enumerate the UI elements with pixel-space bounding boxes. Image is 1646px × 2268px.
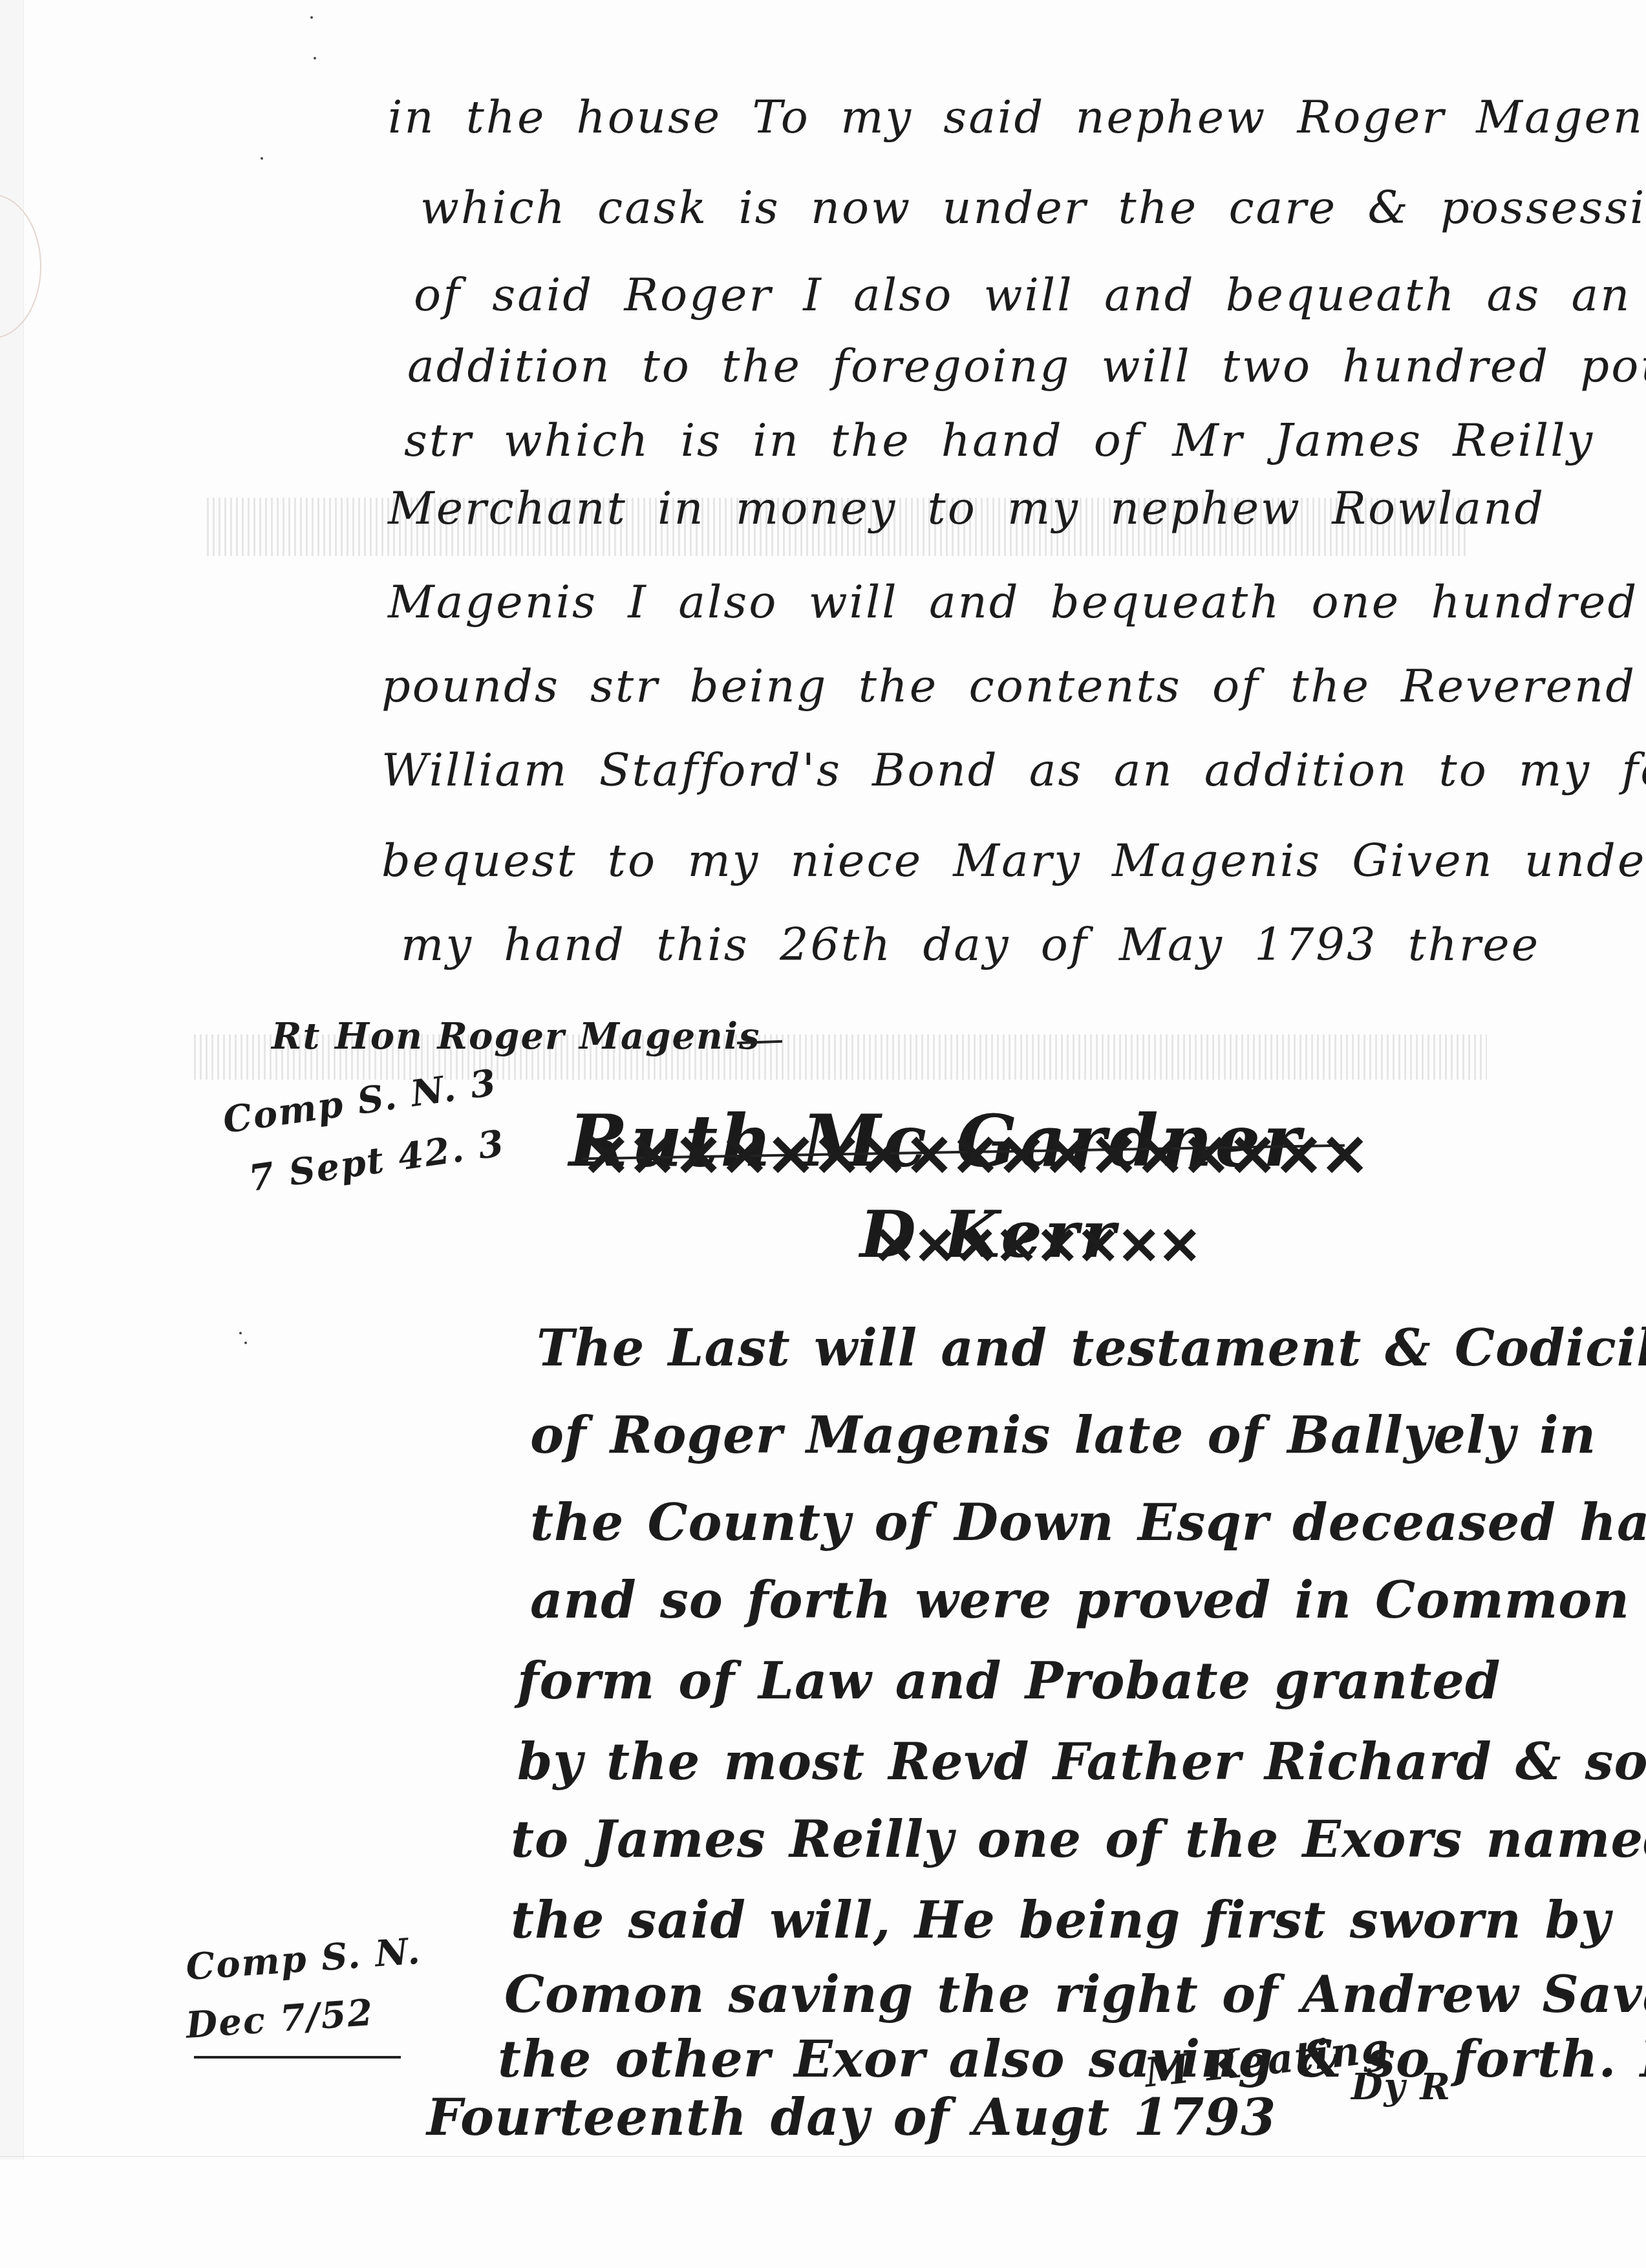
- speck: [239, 1332, 242, 1334]
- probate-line-7: to James Reilly one of the Exors named i…: [511, 1810, 1646, 1869]
- codicil-line-6: Merchant in money to my nephew Rowland: [388, 482, 1545, 535]
- codicil-line-10: bequest to my niece Mary Magenis Given u…: [381, 834, 1646, 887]
- margin-note-1-line-2: 7 Sept 42. 3: [246, 1122, 508, 1200]
- margin-note-2-line-2: Dec 7/52: [184, 1991, 375, 2047]
- codicil-line-11: my hand this 26th day of May 1793 three: [401, 918, 1540, 971]
- margin-note-2-underline: [194, 2056, 401, 2059]
- cross-marks-2: ✕✕✕✕✕✕✕✕: [873, 1215, 1199, 1276]
- speck: [314, 57, 316, 59]
- testator-signature: Rt Hon Roger Magenis: [272, 1015, 761, 1058]
- probate-line-3: the County of Down Esqr deceased having: [530, 1493, 1646, 1552]
- codicil-line-8: pounds str being the contents of the Rev…: [381, 659, 1636, 712]
- scan-bottom-edge: [0, 2156, 1646, 2157]
- codicil-line-2: which cask is now under the care & posse…: [420, 181, 1646, 234]
- registrar-suffix: Dy R: [1351, 2066, 1451, 2108]
- probate-line-11: Fourteenth day of Augt 1793: [427, 2088, 1276, 2147]
- probate-line-1: The Last will and testament & Codicil: [537, 1319, 1646, 1378]
- speck: [1471, 200, 1473, 203]
- speck: [261, 157, 263, 160]
- probate-line-2: of Roger Magenis late of Ballyely in: [530, 1406, 1596, 1465]
- codicil-line-1: in the house To my said nephew Roger Mag…: [388, 91, 1646, 144]
- codicil-line-5: str which is in the hand of Mr James Rei…: [404, 414, 1594, 467]
- speck: [244, 1342, 247, 1344]
- probate-line-8: the said will, He being first sworn by: [511, 1891, 1611, 1950]
- margin-note-2-line-1: Comp S. N.: [184, 1930, 422, 1989]
- codicil-line-9: William Stafford's Bond as an addition t…: [381, 744, 1646, 797]
- scanned-document-page: in the house To my said nephew Roger Mag…: [0, 0, 1646, 2268]
- codicil-line-4: addition to the foregoing will two hundr…: [407, 339, 1646, 392]
- probate-line-5: form of Law and Probate granted: [517, 1652, 1501, 1711]
- probate-line-10: the other Exor also saving & so forth. D…: [498, 2030, 1646, 2089]
- codicil-line-7: Magenis I also will and bequeath one hun…: [388, 575, 1638, 628]
- speck: [310, 16, 313, 19]
- probate-line-9: Comon saving the right of Andrew Savage: [504, 1965, 1646, 2024]
- cross-marks-1: ✕✕✕✕✕✕✕✕✕✕✕✕✕✕✕✕✕: [582, 1122, 1367, 1190]
- codicil-line-3: of said Roger I also will and bequeath a…: [414, 268, 1631, 321]
- probate-line-4: and so forth were proved in Common: [530, 1571, 1630, 1630]
- punch-hole-mark: [0, 194, 41, 339]
- probate-line-6: by the most Revd Father Richard & so for…: [517, 1733, 1646, 1792]
